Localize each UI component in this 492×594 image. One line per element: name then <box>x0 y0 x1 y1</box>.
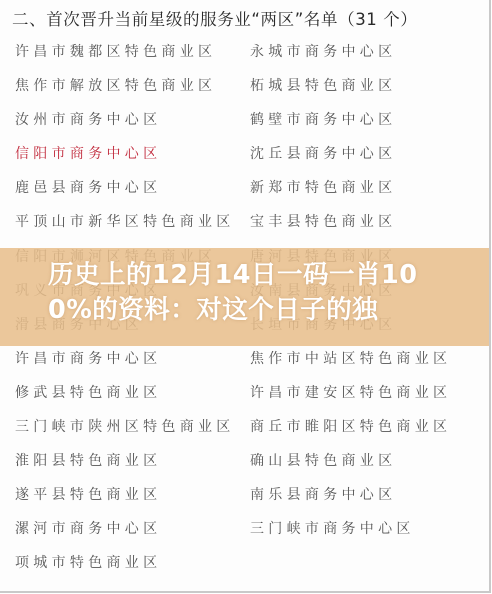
list-item: 商丘市睢阳区特色商业区 <box>250 414 451 448</box>
list-item: 南乐县商务中心区 <box>250 482 451 516</box>
list-item: 确山县特色商业区 <box>250 448 451 482</box>
list-item: 三门峡市商务中心区 <box>250 516 451 550</box>
list-item: 漯河市商务中心区 <box>15 516 235 550</box>
list-item: 焦作市解放区特色商业区 <box>15 73 235 107</box>
list-title: 二、首次晋升当前星级的服务业“两区”名单（31 个） <box>12 6 417 30</box>
list-item: 许昌市商务中心区 <box>15 346 235 380</box>
list-item: 项城市特色商业区 <box>15 550 235 584</box>
list-item: 宝丰县特色商业区 <box>250 209 451 243</box>
list-item: 柘城县特色商业区 <box>250 73 451 107</box>
list-item: 焦作市中站区特色商业区 <box>250 346 451 380</box>
list-item: 永城市商务中心区 <box>250 39 451 73</box>
list-item: 淮阳县特色商业区 <box>15 448 235 482</box>
list-item: 许昌市魏都区特色商业区 <box>15 39 235 73</box>
list-item: 新郑市特色商业区 <box>250 175 451 209</box>
overlay-headline: 历史上的12月14日一码一肖100%的资料：对这个日子的独 <box>48 258 448 328</box>
list-item: 鹤壁市商务中心区 <box>250 107 451 141</box>
list-item: 鹿邑县商务中心区 <box>15 175 235 209</box>
list-item: 遂平县特色商业区 <box>15 482 235 516</box>
list-item: 三门峡市陕州区特色商业区 <box>15 414 235 448</box>
list-item: 沈丘县商务中心区 <box>250 141 451 175</box>
list-item: 平顶山市新华区特色商业区 <box>15 209 235 243</box>
list-item: 许昌市建安区特色商业区 <box>250 380 451 414</box>
list-item: 汝州市商务中心区 <box>15 107 235 141</box>
list-item-highlighted: 信阳市商务中心区 <box>15 141 235 175</box>
list-item: 修武县特色商业区 <box>15 380 235 414</box>
